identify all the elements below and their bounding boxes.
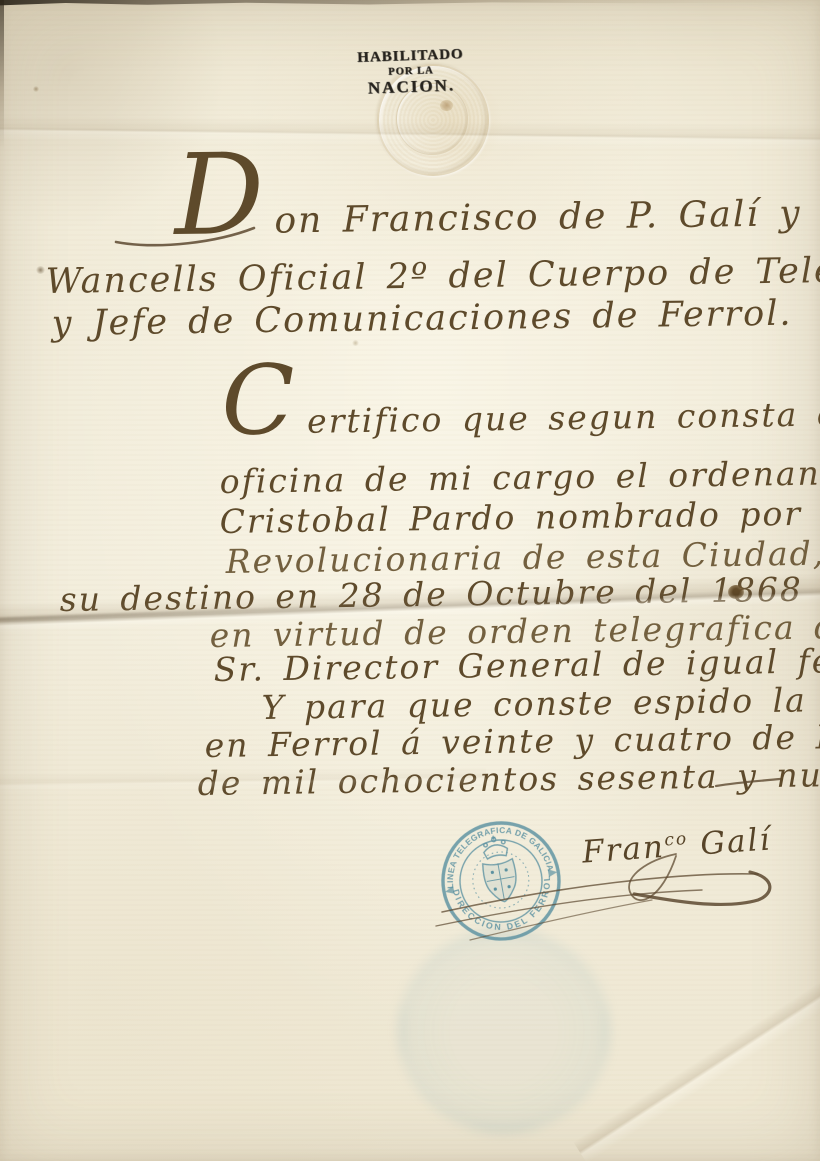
manuscript-certifico-line: Certifico que segun consta en esta [221, 348, 820, 445]
telegraph-stamp-graphic: LINEA TELEGRAFICA DE GALICIA DIRECCION D… [423, 803, 578, 958]
dark-left-edge [0, 0, 4, 150]
manuscript-text: ertifico que segun consta en esta [307, 393, 820, 441]
manuscript-line: y Jefe de Comunicaciones de Ferrol. [51, 294, 792, 344]
signature-superscript: co [664, 829, 689, 851]
habilitado-nacion-stamp: HABILITADO POR LA NACION. [351, 46, 471, 98]
small-speck-stain [352, 340, 359, 346]
manuscript-line: Cristobal Pardo nombrado por la J [219, 493, 820, 541]
torn-top-edge [0, 0, 820, 6]
signature-text: Fran [581, 829, 666, 871]
fold-crease-corner [573, 978, 820, 1161]
illuminated-initial: C [221, 357, 298, 444]
manuscript-opening-line: Don Francisco de P. Galí y [174, 137, 802, 247]
signature-text: Galí [687, 821, 772, 863]
signature-rubric-hook [634, 872, 770, 904]
signature-franco-gali: Franco Galí [581, 821, 773, 870]
manuscript-text: on Francisco de P. Galí y [274, 193, 802, 241]
illuminated-initial: D [174, 145, 267, 247]
small-speck-stain [33, 86, 39, 92]
margin-speck-stain [36, 266, 45, 274]
blue-round-stamp: LINEA TELEGRAFICA DE GALICIA DIRECCION D… [423, 803, 578, 958]
manuscript-line: oficina de mi cargo el ordenanza Dn. [219, 452, 820, 501]
document-page: HABILITADO POR LA NACION. Don Francisco … [0, 0, 820, 1161]
bleed-through-stamp [398, 928, 610, 1134]
